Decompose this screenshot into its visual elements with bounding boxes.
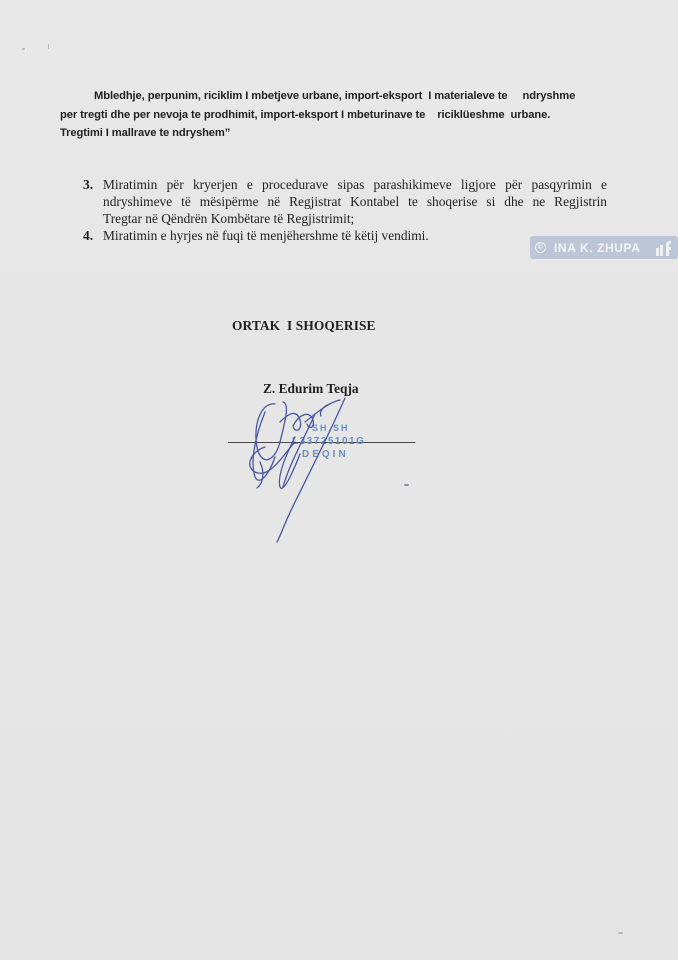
activity-description-quote: Mbledhje, perpunim, riciklim I mbetjeve … — [60, 87, 620, 143]
list-text: Miratimin për kryerjen e procedurave sip… — [103, 176, 607, 227]
signatory-title: ORTAK I SHOQERISE — [232, 318, 376, 334]
scan-speck — [404, 484, 409, 486]
decision-list: 3. Miratimin për kryerjen e procedurave … — [83, 176, 607, 244]
quote-line: Mbledhje, perpunim, riciklim I mbetjeve … — [60, 87, 620, 106]
list-line: Tregtar në Qëndrën Kombëtare të Regjistr… — [103, 210, 607, 227]
facebook-icon — [656, 239, 672, 256]
document-page: Mbledhje, perpunim, riciklim I mbetjeve … — [0, 0, 678, 960]
list-item-4: 4. Miratimin e hyrjes në fuqi të menjëhe… — [83, 227, 607, 244]
list-number: 3. — [83, 176, 103, 193]
quote-line: Tregtimi I mallrave te ndryshem” — [60, 124, 620, 143]
list-line: ndryshimeve të mësipërme në Regjistrat K… — [103, 193, 607, 210]
quote-line: per tregti dhe per nevoja te prodhimit, … — [60, 106, 620, 125]
handwritten-signature — [235, 392, 385, 547]
list-number: 4. — [83, 227, 103, 244]
watermark-text: INA K. ZHUPA — [554, 241, 641, 255]
copyright-icon: © — [535, 242, 546, 253]
list-item-3: 3. Miratimin për kryerjen e procedurave … — [83, 176, 607, 227]
scan-speck — [48, 44, 49, 49]
scan-speck — [618, 932, 623, 934]
scan-speck — [22, 48, 25, 50]
list-line: Miratimin për kryerjen e procedurave sip… — [103, 176, 607, 193]
copyright-watermark: © INA K. ZHUPA — [530, 236, 678, 259]
